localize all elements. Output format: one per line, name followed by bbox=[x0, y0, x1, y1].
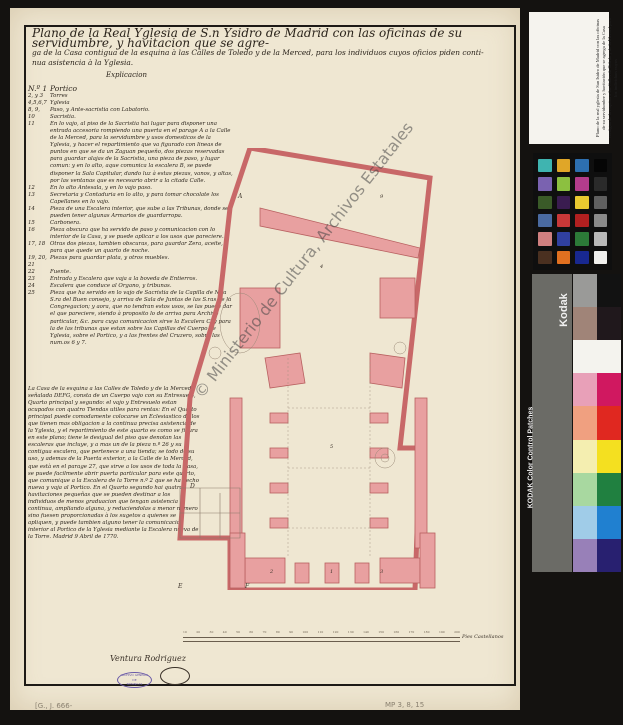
kodak-patch bbox=[573, 473, 597, 506]
color-swatch bbox=[594, 196, 608, 209]
legend-item: N.º 1Portico bbox=[28, 84, 233, 93]
color-swatch bbox=[594, 232, 608, 245]
color-swatch bbox=[557, 214, 571, 227]
kodak-patch bbox=[573, 274, 597, 307]
kodak-patch bbox=[597, 373, 621, 406]
svg-text:1: 1 bbox=[330, 569, 333, 575]
color-swatch bbox=[557, 159, 571, 172]
scale-tick-labels: 10 20 30 40 50 60 70 80 90 100 110 120 1… bbox=[183, 630, 460, 634]
title-line-3: nua asistencia à la Yglesia. bbox=[32, 58, 510, 68]
signature-flourish bbox=[160, 667, 190, 685]
svg-text:4: 4 bbox=[319, 264, 323, 270]
kodak-patch bbox=[573, 340, 597, 373]
color-swatch bbox=[594, 177, 608, 190]
svg-text:A: A bbox=[237, 193, 243, 200]
legend-item: 8, 9,Paso, y Ante-sacristia con Labatori… bbox=[28, 107, 233, 114]
color-swatch bbox=[575, 177, 589, 190]
svg-text:3: 3 bbox=[380, 569, 383, 575]
kodak-patch bbox=[573, 506, 597, 539]
scale-bar bbox=[183, 637, 460, 642]
svg-text:2: 2 bbox=[269, 569, 273, 575]
color-swatch bbox=[575, 196, 589, 209]
color-swatch bbox=[538, 196, 552, 209]
color-swatch bbox=[557, 196, 571, 209]
color-swatch bbox=[575, 251, 589, 264]
kodak-patch-grid bbox=[573, 274, 621, 572]
kodak-patch bbox=[597, 307, 621, 340]
color-swatch bbox=[594, 159, 608, 172]
color-swatch bbox=[575, 214, 589, 227]
title-line-2: ga de la Casa contigua de la esquina à l… bbox=[32, 48, 510, 58]
kodak-patch bbox=[597, 340, 621, 373]
legend-item: 10Sacristia. bbox=[28, 114, 233, 121]
catalog-number: MP 3, 8, 15 bbox=[385, 701, 424, 709]
explanation-heading: Explicacion bbox=[106, 71, 147, 79]
legend-item: 2, y 3Torres bbox=[28, 93, 233, 100]
kodak-patch bbox=[573, 406, 597, 439]
svg-text:5: 5 bbox=[330, 444, 333, 450]
kodak-patch bbox=[597, 274, 621, 307]
kodak-color-control-strip: Kodak KODAK Color Control Patches bbox=[532, 274, 617, 572]
svg-text:D: D bbox=[189, 483, 195, 490]
color-swatch bbox=[557, 177, 571, 190]
kodak-patch bbox=[597, 473, 621, 506]
color-swatch bbox=[538, 159, 552, 172]
color-swatch bbox=[538, 232, 552, 245]
color-swatch bbox=[538, 251, 552, 264]
color-swatch bbox=[538, 177, 552, 190]
kodak-patch bbox=[573, 440, 597, 473]
archive-stamp: ARCHIVO GENERAL DE SIMANCAS bbox=[117, 672, 152, 688]
title-line-1: Plano de la Real Yglesia de S.n Ysidro d… bbox=[32, 28, 510, 48]
color-swatch bbox=[575, 159, 589, 172]
color-swatch bbox=[557, 251, 571, 264]
kodak-logo: Kodak bbox=[558, 293, 570, 327]
color-swatch bbox=[594, 214, 608, 227]
shelfmark: [G., J. 666- bbox=[35, 702, 72, 710]
legend-item: 4,5,6,7Yglesia bbox=[28, 100, 233, 107]
color-swatch bbox=[557, 232, 571, 245]
archive-label-card: Plano de la real yglesia de San Isidro d… bbox=[529, 12, 609, 144]
label-description: Plano de la real yglesia de San Isidro d… bbox=[595, 18, 619, 138]
document-title: Plano de la Real Yglesia de S.n Ysidro d… bbox=[32, 28, 510, 68]
color-swatch bbox=[575, 232, 589, 245]
svg-text:E: E bbox=[177, 583, 183, 590]
kodak-patch bbox=[597, 506, 621, 539]
svg-text:9: 9 bbox=[380, 194, 384, 200]
kodak-strip-title: KODAK Color Control Patches bbox=[527, 407, 534, 509]
kodak-patch bbox=[597, 539, 621, 572]
kodak-patch bbox=[573, 307, 597, 340]
color-checker-chart bbox=[533, 153, 612, 270]
kodak-patch bbox=[573, 373, 597, 406]
svg-text:F: F bbox=[244, 583, 250, 590]
kodak-patch bbox=[573, 539, 597, 572]
author-signature: Ventura Rodriguez bbox=[110, 654, 186, 663]
kodak-patch bbox=[597, 440, 621, 473]
color-swatch bbox=[594, 251, 608, 264]
color-swatch bbox=[538, 214, 552, 227]
kodak-patch bbox=[597, 406, 621, 439]
scale-unit-label: Pies Castellanos bbox=[462, 634, 503, 640]
